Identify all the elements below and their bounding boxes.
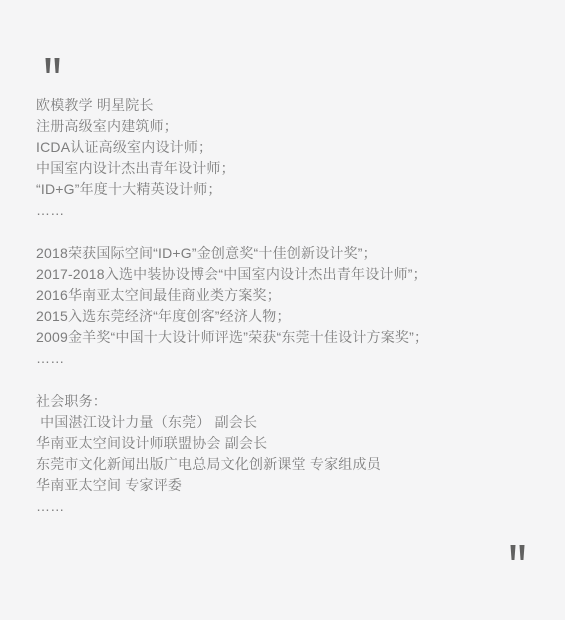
ellipsis-line: ……	[36, 348, 536, 369]
social-roles-heading: 社会职务：	[36, 391, 536, 412]
profile-text-block: 欧模教学 明星院长 注册高级室内建筑师； ICDA认证高级室内设计师； 中国室内…	[36, 95, 536, 539]
social-roles-section: 社会职务： 中国湛江设计力量（东莞） 副会长 华南亚太空间设计师联盟协会 副会长…	[36, 391, 536, 517]
ellipsis-line: ……	[36, 200, 536, 221]
quote-open-icon	[45, 58, 60, 73]
role-line: 东莞市文化新闻出版广电总局文化创新课堂 专家组成员	[36, 454, 536, 475]
award-line: 2009金羊奖“中国十大设计师评选”荣获“东莞十佳设计方案奖”；	[36, 327, 536, 348]
role-line: 华南亚太空间 专家评委	[36, 475, 536, 496]
award-line: 2017-2018入选中装协设博会“中国室内设计杰出青年设计师”；	[36, 264, 536, 285]
award-line: 2015入选东莞经济“年度创客”经济人物；	[36, 306, 536, 327]
role-line: 中国湛江设计力量（东莞） 副会长	[36, 412, 536, 433]
quote-bar	[54, 58, 60, 73]
bio-line: 中国室内设计杰出青年设计师；	[36, 158, 536, 179]
award-line: 2016华南亚太空间最佳商业类方案奖；	[36, 285, 536, 306]
bio-line: 注册高级室内建筑师；	[36, 116, 536, 137]
quote-bar	[510, 545, 516, 560]
role-line: 华南亚太空间设计师联盟协会 副会长	[36, 433, 536, 454]
quote-bar	[519, 545, 525, 560]
awards-section: 2018荣获国际空间“ID+G”金创意奖“十佳创新设计奖”； 2017-2018…	[36, 243, 536, 369]
bio-line: ICDA认证高级室内设计师；	[36, 137, 536, 158]
quote-close-icon	[510, 545, 525, 560]
award-line: 2018荣获国际空间“ID+G”金创意奖“十佳创新设计奖”；	[36, 243, 536, 264]
bio-section: 欧模教学 明星院长 注册高级室内建筑师； ICDA认证高级室内设计师； 中国室内…	[36, 95, 536, 221]
bio-line: 欧模教学 明星院长	[36, 95, 536, 116]
quote-bar	[45, 58, 51, 73]
ellipsis-line: ……	[36, 496, 536, 517]
bio-line: “ID+G”年度十大精英设计师；	[36, 179, 536, 200]
